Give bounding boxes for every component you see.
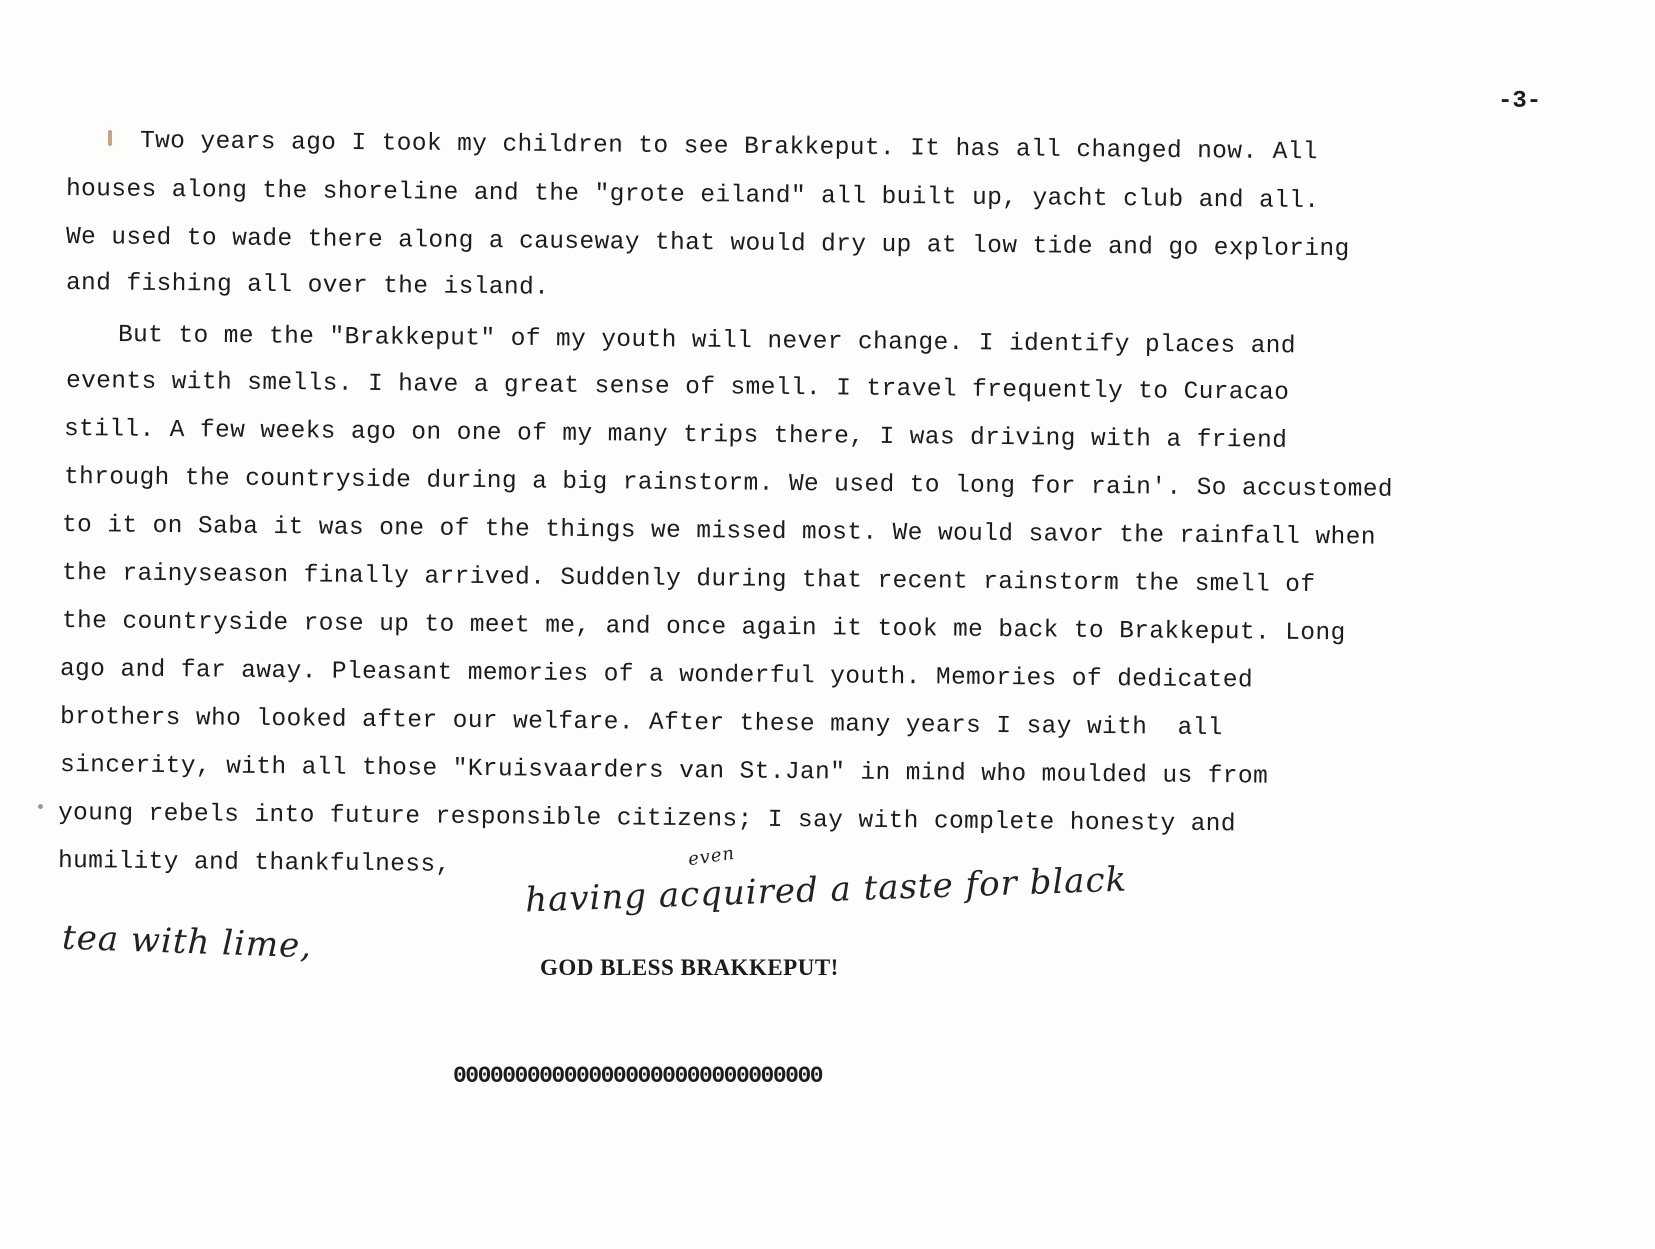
text-line: But to me the "Brakkeput" of my youth wi… bbox=[118, 322, 1296, 360]
text-line: young rebels into future responsible cit… bbox=[58, 800, 1236, 838]
handwritten-line-1: having acquired a taste for black bbox=[524, 860, 1127, 921]
text-line: the rainyseason finally arrived. Suddenl… bbox=[62, 560, 1316, 599]
text-line: and fishing all over the island. bbox=[66, 270, 550, 302]
text-line: through the countryside during a big rai… bbox=[64, 464, 1393, 504]
text-line: brothers who looked after our welfare. A… bbox=[60, 704, 1223, 742]
margin-dot bbox=[38, 804, 43, 809]
page-number: -3- bbox=[1498, 88, 1541, 115]
text-line: sincerity, with all those "Kruisvaarders… bbox=[60, 752, 1268, 791]
text-line: the countryside rose up to meet me, and … bbox=[62, 608, 1346, 647]
text-line: events with smells. I have a great sense… bbox=[66, 368, 1289, 407]
text-line: Two years ago I took my children to see … bbox=[140, 128, 1318, 166]
text-line: ago and far away. Pleasant memories of a… bbox=[60, 656, 1253, 694]
margin-mark bbox=[108, 130, 112, 146]
text-line: humility and thankfulness, bbox=[58, 848, 451, 879]
handwritten-insertion: even bbox=[687, 843, 737, 870]
divider-row: 000000000000000000000000000000 bbox=[453, 1063, 822, 1089]
text-line: still. A few weeks ago on one of my many… bbox=[64, 416, 1287, 455]
handwritten-line-2: tea with lime, bbox=[61, 918, 312, 967]
closing-line: GOD BLESS BRAKKEPUT! bbox=[540, 955, 839, 981]
text-line: to it on Saba it was one of the things w… bbox=[62, 512, 1376, 552]
text-line: We used to wade there along a causeway t… bbox=[66, 224, 1350, 263]
text-line: houses along the shoreline and the "grot… bbox=[66, 176, 1320, 215]
